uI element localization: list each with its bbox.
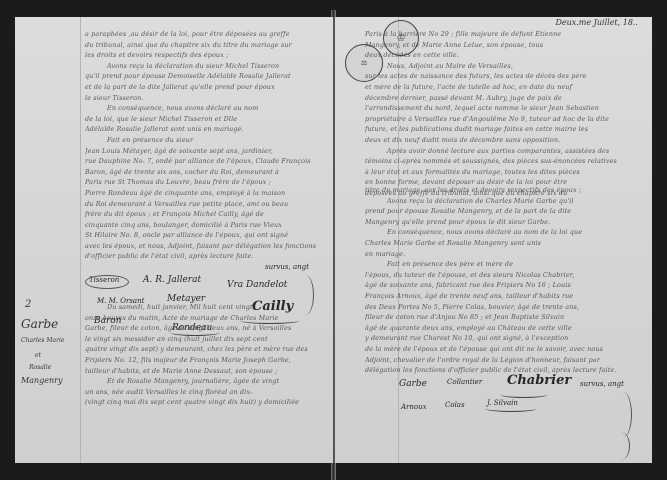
text-line: onze heures du matin, Acte de mariage de…	[85, 313, 325, 324]
signature: Colas	[445, 401, 465, 409]
signature: Chabrier	[507, 373, 571, 388]
text-line: Mangenry qu'elle prend pour époux le dit…	[365, 217, 646, 228]
text-line: Baron, âgé de trente six ans, cocher du …	[85, 167, 325, 178]
signature-flourish	[485, 405, 537, 412]
text-line: Fripiers No. 12, fils majeur de François…	[85, 355, 325, 366]
text-line: qu'il prend pour épouse Demoiselle Adéla…	[85, 71, 325, 82]
text-line: Avons reçu la déclaration de Charles Mar…	[365, 196, 646, 207]
text-line: titre du mariage, sur les droits et devo…	[365, 185, 646, 196]
left-page-record-continuation: a paraphées ,au désir de la loi, pour êt…	[85, 29, 325, 262]
text-line: Charles Marie Garbe et Rosalie Mangenry …	[365, 238, 646, 249]
text-line: témoins ci-après nommés et soussignés, d…	[365, 156, 646, 167]
text-line: le sieur Tisseron.	[85, 93, 325, 104]
signature-flourish	[85, 275, 129, 289]
text-line: et de la part de la dite Jallerat qu'ell…	[85, 82, 325, 93]
text-line: tailleur d'habits, et de Marie Anne Dess…	[85, 366, 325, 377]
text-line: En conséquence, nous avons déclaré au no…	[85, 103, 325, 114]
text-line: le vingt six messidor an cinq (huit juil…	[85, 334, 325, 345]
text-line: un ans, née audit Versailles le cinq flo…	[85, 387, 325, 398]
text-line: Fait en présence des père et mère de	[365, 259, 646, 270]
margin-bride-surname: Mangenry	[21, 376, 62, 385]
text-line: Garbe, fileur de coton, âgé de vingt deu…	[85, 323, 325, 334]
text-line: décembre dernier, passé devant M. Aubry,…	[365, 93, 646, 104]
text-line: Après avoir donné lecture aux parties co…	[365, 146, 646, 157]
text-line: François Arnoux, âgé de trente neuf ans,…	[365, 291, 646, 302]
text-line: Fait en présence du sieur	[85, 135, 325, 146]
signature-flourish	[500, 391, 548, 398]
text-line: deux décédés en cette ville.	[365, 50, 646, 61]
text-line: (vingt cinq mai dix sept cent quatre vin…	[85, 397, 325, 408]
text-line: du tribunal, ainsi que du chapitre six d…	[85, 40, 325, 51]
text-line: propriétaire à Versailles rue d'Angoulêm…	[365, 114, 646, 125]
text-line: et mère de la future, l'acte de tutelle …	[365, 82, 646, 93]
text-line: Paris rue St Thomas du Louvre, beau frèr…	[85, 177, 325, 188]
text-line: âgé de quarante deux ans, employé au Châ…	[365, 323, 646, 334]
text-line: en mariage.	[365, 249, 646, 260]
text-line: Jean Louis Métayer, âgé de soixante sept…	[85, 146, 325, 157]
margin-bride-name: Rosalie	[29, 364, 51, 371]
signature: Garbe	[399, 379, 427, 389]
text-line: rue Dauphine No. 7, ondé par alliance de…	[85, 156, 325, 167]
text-line: Nous, Adjoint au Maire de Versailles,	[365, 61, 646, 72]
closing-stroke	[613, 432, 630, 460]
margin-groom-name: Charles Marie	[21, 337, 64, 344]
text-line: prend pour épouse Rosalie Mangenry, et d…	[365, 206, 646, 217]
text-line: En conséquence, nous avons déclaré au no…	[365, 227, 646, 238]
text-line: Avons reçu la déclaration du sieur Miche…	[85, 61, 325, 72]
text-line: l'époux, du tuteur de l'épouse, et des s…	[365, 270, 646, 281]
text-line: frère du dit époux ; et François Michel …	[85, 209, 325, 220]
text-line: du Roi demeurant à Versailles rue petite…	[85, 199, 325, 210]
text-line: Et de Rosalie Mangenry, journalière, âgé…	[85, 376, 325, 387]
approval-note: survus, angt	[580, 380, 624, 388]
text-line: délégation les fonctions d'officier publ…	[365, 365, 646, 376]
text-line: quatre vingt dix sept) y demeurant, chez…	[85, 344, 325, 355]
margin-rule	[80, 17, 81, 463]
right-page-record-text-continued: titre du mariage, sur les droits et devo…	[365, 185, 646, 376]
text-line: Pierre Rondeau âgé de cinquante ans, emp…	[85, 188, 325, 199]
closing-stroke	[615, 392, 632, 437]
text-line: l'arrondissement du nord, lequel acte no…	[365, 103, 646, 114]
text-line: à leur état et aux formalités du mariage…	[365, 167, 646, 178]
approval-note: survus, angt	[265, 263, 309, 271]
signature: Arnoux	[401, 403, 427, 411]
text-line: fileur de coton rue d'Anjou No 85 ; et J…	[365, 312, 646, 323]
margin-surname: Garbe	[21, 317, 58, 331]
text-line: future, et les publications dudit mariag…	[365, 124, 646, 135]
signature: Collantier	[447, 378, 482, 386]
text-line: de la loi, que le sieur Michel Tisseron …	[85, 114, 325, 125]
left-page-new-record: Du samedi, huit janvier, Mil huit cent v…	[85, 302, 325, 408]
text-line: a paraphées ,au désir de la loi, pour êt…	[85, 29, 325, 40]
text-line: deux et dix neuf dudit mois de décembre …	[365, 135, 646, 146]
right-page: ⚖ ♔ Deux.me Juillet, 18.. Paris à la bar…	[335, 17, 652, 463]
text-line: les droits et devoirs respectifs des épo…	[85, 50, 325, 61]
text-line: y demeurant rue Charost No 10, qui ont s…	[365, 333, 646, 344]
text-line: Adélaïde Rosalie Jallerat sont unis en m…	[85, 124, 325, 135]
text-line: Adjoint, chevalier de l'ordre royal de l…	[365, 355, 646, 366]
text-line: âgé de soixante ans, fabricant rue des F…	[365, 280, 646, 291]
text-line: St Hilaire No. 8, oncle par alliance de …	[85, 230, 325, 241]
left-page: a paraphées ,au désir de la loi, pour êt…	[15, 17, 335, 463]
margin-record-number: 2	[25, 299, 31, 310]
signature: A. R. Jallerat	[143, 275, 201, 285]
text-line: cinquante cinq ans, boulanger, domicilié…	[85, 220, 325, 231]
text-line: Mangenry, et de Marie Anne Lelue, son ép…	[365, 40, 646, 51]
text-line: Paris à la barrière No 29 ; fille majeur…	[365, 29, 646, 40]
text-line: avec les époux, et nous, Adjoint, faisan…	[85, 241, 325, 252]
margin-conjunction: et	[35, 352, 41, 359]
text-line: d'officier public de l'état civil, après…	[85, 251, 325, 262]
text-line: Du samedi, huit janvier, Mil huit cent v…	[85, 302, 325, 313]
page-header-date: Deux.me Juillet, 18..	[555, 18, 638, 27]
text-line: des Deux Portes No 5, Pierre Colas, bouv…	[365, 302, 646, 313]
signature: Vra Dandelot	[227, 280, 287, 290]
right-page-record-text: Paris à la barrière No 29 ; fille majeur…	[365, 29, 646, 199]
text-line: sur les actes de naissance des futurs, l…	[365, 71, 646, 82]
text-line: de la mère de l'époux et de l'épouse qui…	[365, 344, 646, 355]
